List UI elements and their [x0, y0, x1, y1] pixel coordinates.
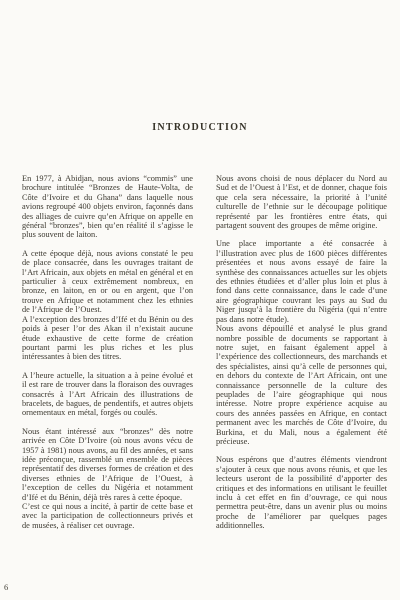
paragraph: Nous étant intéressé aux “bronzes” dès n…: [22, 427, 193, 502]
right-column: Nous avons choisi de nous déplacer du No…: [216, 174, 387, 540]
book-page: INTRODUCTION En 1977, à Abidjan, nous av…: [0, 0, 400, 600]
paragraph-group: Nous étant intéressé aux “bronzes” dès n…: [22, 427, 193, 530]
paragraph-group: Une place importante a été consacrée à l…: [216, 239, 387, 446]
paragraph: Nous avons choisi de nous déplacer du No…: [216, 174, 387, 230]
paragraph: A cette époque déjà, nous avions constat…: [22, 249, 193, 315]
paragraph: Nous avons dépouillé et analysé le plus …: [216, 324, 387, 446]
paragraph-group: A l’heure actuelle, la situation a à pei…: [22, 371, 193, 418]
paragraph: A l’exception des bronzes d’Ifé et du Bé…: [22, 315, 193, 362]
page-title: INTRODUCTION: [0, 122, 400, 133]
text-columns: En 1977, à Abidjan, nous avions “commis”…: [22, 174, 387, 540]
paragraph: A l’heure actuelle, la situation a à pei…: [22, 371, 193, 418]
paragraph: Une place importante a été consacrée à l…: [216, 239, 387, 324]
paragraph: En 1977, à Abidjan, nous avions “commis”…: [22, 174, 193, 240]
paragraph-group: A cette époque déjà, nous avions constat…: [22, 249, 193, 362]
page-number: 6: [4, 582, 8, 592]
left-column: En 1977, à Abidjan, nous avions “commis”…: [22, 174, 193, 540]
paragraph: C’est ce qui nous a incité, à partir de …: [22, 502, 193, 530]
paragraph-group: Nous avons choisi de nous déplacer du No…: [216, 174, 387, 230]
paragraph-group: Nous espérons que d’autres éléments vien…: [216, 455, 387, 530]
paragraph: Nous espérons que d’autres éléments vien…: [216, 455, 387, 530]
paragraph-group: En 1977, à Abidjan, nous avions “commis”…: [22, 174, 193, 240]
